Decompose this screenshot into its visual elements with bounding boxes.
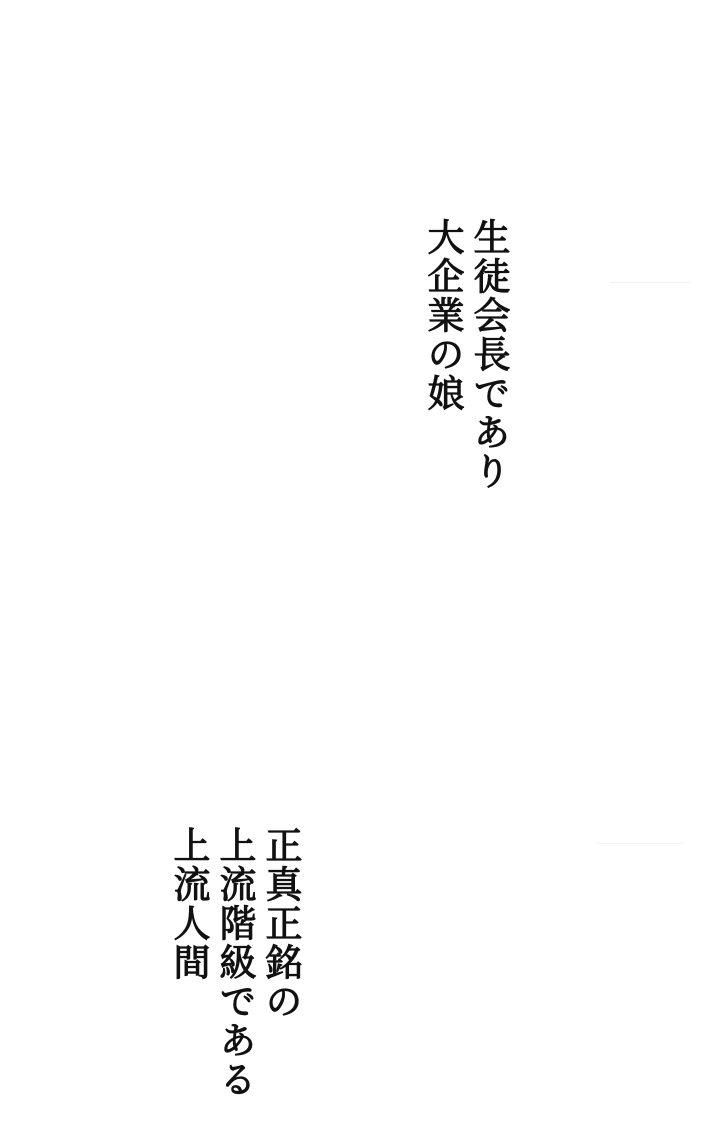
caption-block-upper-class: 正真正銘の 上流階級である 上流人間 [166, 826, 304, 1099]
caption-line-1: 正真正銘の [258, 826, 304, 1099]
caption-line-1: 生徒会長であり [466, 218, 512, 491]
caption-line-3: 上流人間 [166, 826, 212, 1099]
caption-block-student-council: 生徒会長であり 大企業の娘 [420, 218, 512, 491]
faint-mark-bottom-right [595, 843, 685, 844]
faint-mark-top-right [610, 282, 690, 283]
caption-line-2: 大企業の娘 [420, 218, 466, 491]
caption-line-2: 上流階級である [212, 826, 258, 1099]
